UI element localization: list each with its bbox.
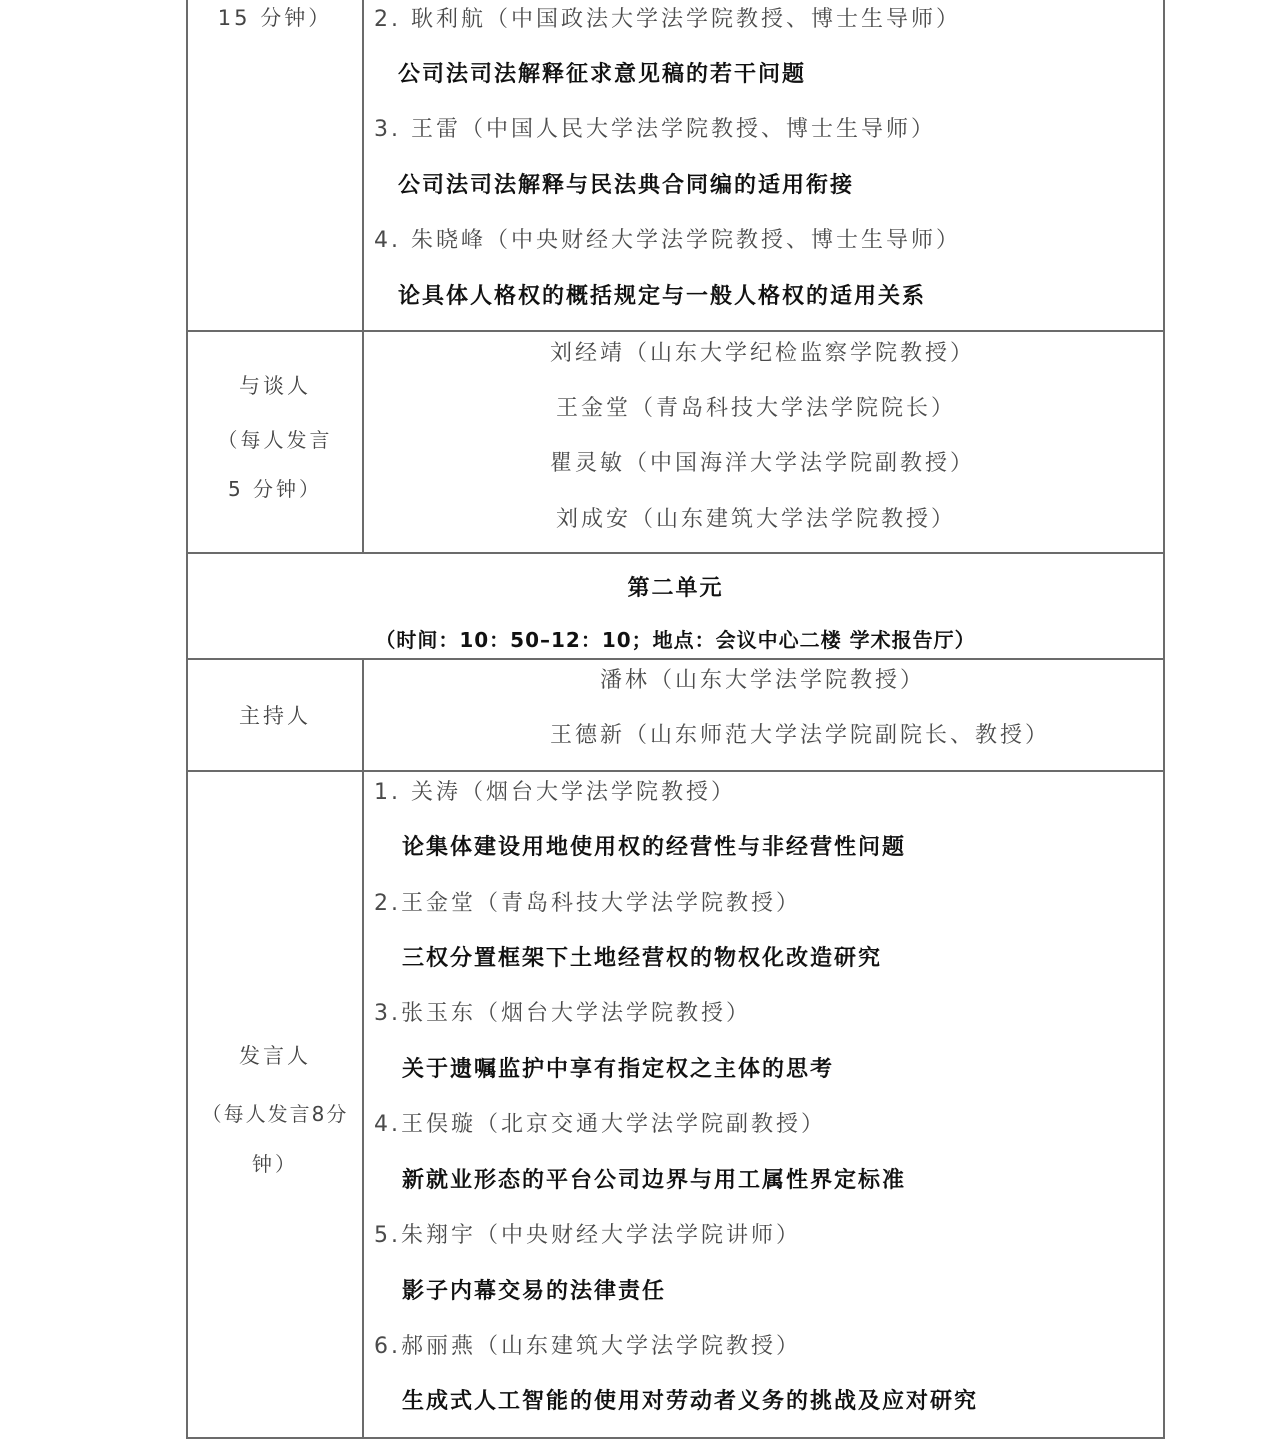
session-time-location: （时间：10：50–12：10；地点：会议中心二楼 学术报告厅） bbox=[188, 624, 1163, 653]
speaker-name: 6.郝丽燕（山东建筑大学法学院教授） bbox=[374, 1329, 801, 1360]
host: 王德新（山东师范大学法学院副院长、教授） bbox=[550, 718, 1050, 749]
session1-speakers-row: 15 分钟） 2. 耿利航（中国政法大学法学院教授、博士生导师） 公司法司法解释… bbox=[186, 0, 1165, 332]
speaker-topic: 论具体人格权的概括规定与一般人格权的适用关系 bbox=[398, 279, 926, 310]
speaker-topic: 公司法司法解释征求意见稿的若干问题 bbox=[398, 57, 806, 88]
session2-speakers-cell: 1. 关涛（烟台大学法学院教授） 论集体建设用地使用权的经营性与非经营性问题 2… bbox=[364, 772, 1163, 1437]
session2-hosts-row: 主持人 潘林（山东大学法学院教授） 王德新（山东师范大学法学院副院长、教授） bbox=[186, 660, 1165, 772]
discussant: 刘成安（山东建筑大学法学院教授） bbox=[556, 502, 956, 533]
speaker-name: 3. 王雷（中国人民大学法学院教授、博士生导师） bbox=[374, 112, 936, 143]
session-title: 第二单元 bbox=[188, 571, 1163, 602]
host: 潘林（山东大学法学院教授） bbox=[600, 663, 925, 694]
discussant: 王金堂（青岛科技大学法学院院长） bbox=[556, 391, 956, 422]
session1-speakers-cell: 2. 耿利航（中国政法大学法学院教授、博士生导师） 公司法司法解释征求意见稿的若… bbox=[364, 0, 1163, 330]
speakers-label-cell: 发言人 （每人发言8分 钟） bbox=[188, 772, 364, 1437]
session2-header-cell: 第二单元 （时间：10：50–12：10；地点：会议中心二楼 学术报告厅） bbox=[188, 554, 1163, 658]
discussant: 瞿灵敏（中国海洋大学法学院副教授） bbox=[550, 446, 975, 477]
speaker-topic: 影子内幕交易的法律责任 bbox=[402, 1274, 666, 1305]
speaker-name: 3.张玉东（烟台大学法学院教授） bbox=[374, 996, 751, 1027]
speaker-name: 2.王金堂（青岛科技大学法学院教授） bbox=[374, 886, 801, 917]
speaker-topic: 公司法司法解释与民法典合同编的适用衔接 bbox=[398, 168, 854, 199]
discussants-label: 与谈人 bbox=[188, 370, 362, 400]
speaker-name: 4. 朱晓峰（中央财经大学法学院教授、博士生导师） bbox=[374, 223, 961, 254]
discussants-label-cell: 与谈人 （每人发言 5 分钟） bbox=[188, 332, 364, 552]
speaker-name: 1. 关涛（烟台大学法学院教授） bbox=[374, 775, 736, 806]
session2-speakers-row: 发言人 （每人发言8分 钟） 1. 关涛（烟台大学法学院教授） 论集体建设用地使… bbox=[186, 772, 1165, 1439]
speakers-note: 钟） bbox=[188, 1148, 362, 1177]
speakers-duration-note: 15 分钟） bbox=[188, 2, 362, 32]
speaker-name: 2. 耿利航（中国政法大学法学院教授、博士生导师） bbox=[374, 2, 961, 33]
agenda-table: 15 分钟） 2. 耿利航（中国政法大学法学院教授、博士生导师） 公司法司法解释… bbox=[186, 0, 1165, 1439]
hosts-label-cell: 主持人 bbox=[188, 660, 364, 770]
speaker-topic: 关于遗嘱监护中享有指定权之主体的思考 bbox=[402, 1052, 834, 1083]
discussants-note: 5 分钟） bbox=[188, 473, 362, 502]
speaker-name: 4.王俣璇（北京交通大学法学院副教授） bbox=[374, 1107, 826, 1138]
hosts-label: 主持人 bbox=[188, 700, 362, 730]
discussant: 刘经靖（山东大学纪检监察学院教授） bbox=[550, 336, 975, 367]
speaker-topic: 生成式人工智能的使用对劳动者义务的挑战及应对研究 bbox=[402, 1384, 978, 1415]
speakers-note: （每人发言8分 bbox=[188, 1098, 362, 1127]
speaker-topic: 三权分置框架下土地经营权的物权化改造研究 bbox=[402, 941, 882, 972]
hosts-cell: 潘林（山东大学法学院教授） 王德新（山东师范大学法学院副院长、教授） bbox=[364, 660, 1163, 770]
discussants-note: （每人发言 bbox=[188, 424, 362, 453]
session1-speakers-label-cell: 15 分钟） bbox=[188, 0, 364, 330]
discussants-cell: 刘经靖（山东大学纪检监察学院教授） 王金堂（青岛科技大学法学院院长） 瞿灵敏（中… bbox=[364, 332, 1163, 552]
speaker-topic: 论集体建设用地使用权的经营性与非经营性问题 bbox=[402, 830, 906, 861]
session2-header-row: 第二单元 （时间：10：50–12：10；地点：会议中心二楼 学术报告厅） bbox=[186, 554, 1165, 660]
speakers-label: 发言人 bbox=[188, 1040, 362, 1070]
speaker-topic: 新就业形态的平台公司边界与用工属性界定标准 bbox=[402, 1163, 906, 1194]
speaker-name: 5.朱翔宇（中央财经大学法学院讲师） bbox=[374, 1218, 801, 1249]
session1-discussants-row: 与谈人 （每人发言 5 分钟） 刘经靖（山东大学纪检监察学院教授） 王金堂（青岛… bbox=[186, 332, 1165, 554]
